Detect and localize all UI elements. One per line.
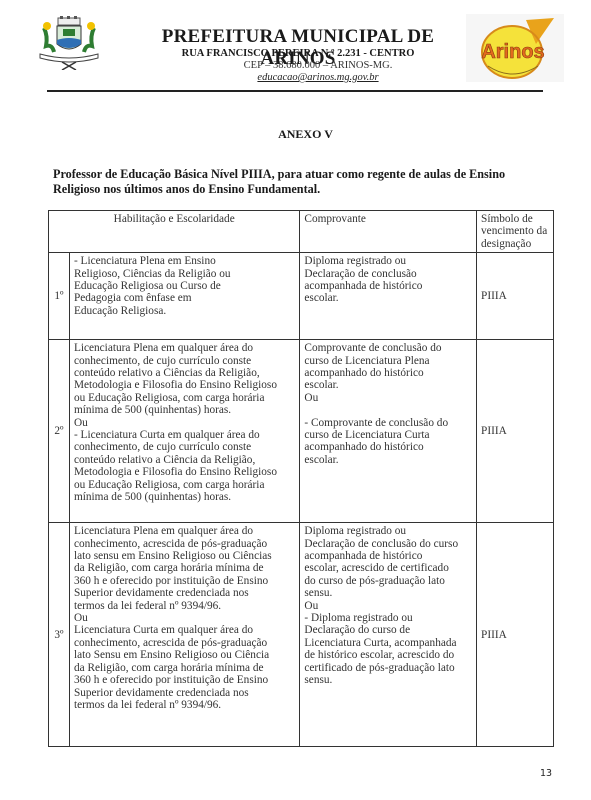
cell-line: Superior devidamente credenciada nos: [74, 587, 295, 599]
cell-line: Licenciatura Plena em qualquer área do: [74, 342, 295, 354]
municipality-email-link[interactable]: educacao@arinos.mg.gov.br: [148, 72, 488, 83]
coat-of-arms-icon: [38, 16, 100, 70]
table-row: 1º- Licenciatura Plena em EnsinoReligios…: [49, 253, 554, 340]
cell-line: lato Sensu em Ensino Religioso ou Ciênci…: [74, 649, 295, 661]
row-number: 3º: [49, 523, 70, 747]
cell-line: - Diploma registrado ou: [304, 612, 472, 624]
cell-line: Licenciatura Curta em qualquer área do: [74, 624, 295, 636]
cell-comprovante: Diploma registrado ouDeclaração de concl…: [300, 253, 477, 340]
cell-simbolo: PIIIA: [477, 523, 554, 747]
cell-habilitacao: Licenciatura Plena em qualquer área doco…: [69, 340, 299, 523]
cell-line: do curso de pós-graduação lato: [304, 575, 472, 587]
cell-line: termos da lei federal nº 9394/96.: [74, 600, 295, 612]
cell-line: ou Educação Religiosa, com carga horária: [74, 392, 295, 404]
cell-habilitacao: - Licenciatura Plena em EnsinoReligioso,…: [69, 253, 299, 340]
table-row: 3ºLicenciatura Plena em qualquer área do…: [49, 523, 554, 747]
cell-line: Declaração de conclusão: [304, 268, 472, 280]
qualifications-table: Habilitação e Escolaridade Comprovante S…: [48, 210, 554, 747]
cell-line: Declaração do curso de: [304, 624, 472, 636]
cell-line: escolar.: [304, 454, 472, 466]
cell-line: Educação Religiosa.: [74, 305, 295, 317]
svg-text:Arinos: Arinos: [481, 41, 544, 63]
cell-line: sensu.: [304, 674, 472, 686]
cell-line: acompanhado do histórico: [304, 441, 472, 453]
cell-line: termos da lei federal nº 9394/96.: [74, 699, 295, 711]
cell-line: Ou: [74, 417, 295, 429]
cell-line: Ou: [304, 392, 472, 404]
cell-line: Comprovante de conclusão do: [304, 342, 472, 354]
cell-line: 360 h e oferecido por instituição de Ens…: [74, 575, 295, 587]
header-divider: [47, 90, 543, 92]
cell-line: - Licenciatura Curta em qualquer área do: [74, 429, 295, 441]
cell-line: Pedagogia com ênfase em: [74, 292, 295, 304]
cell-line: 360 h e oferecido por instituição de Ens…: [74, 674, 295, 686]
cell-line: curso de Licenciatura Curta: [304, 429, 472, 441]
cell-line: lato sensu em Ensino Religioso ou Ciênci…: [74, 550, 295, 562]
cell-simbolo: PIIIA: [477, 253, 554, 340]
cell-line: conhecimento, acrescida de pós-graduação: [74, 538, 295, 550]
cell-line: Diploma registrado ou: [304, 525, 472, 537]
cell-line: Ou: [304, 600, 472, 612]
cell-line: de histórico escolar, acrescido do: [304, 649, 472, 661]
row-number: 2º: [49, 340, 70, 523]
cell-line: Metodologia e Filosofia do Ensino Religi…: [74, 466, 295, 478]
cell-line: Licenciatura Plena em qualquer área do: [74, 525, 295, 537]
cell-line: acompanhada de histórico: [304, 550, 472, 562]
annex-title: ANEXO V: [0, 127, 591, 142]
cell-comprovante: Diploma registrado ouDeclaração de concl…: [300, 523, 477, 747]
cell-line: Ou: [74, 612, 295, 624]
cell-line: - Licenciatura Plena em Ensino: [74, 255, 295, 267]
municipality-address: RUA FRANCISCO PEREIRA N.º 2.231 - CENTRO: [128, 48, 468, 59]
cell-line: acompanhado do histórico: [304, 367, 472, 379]
cell-comprovante: Comprovante de conclusão docurso de Lice…: [300, 340, 477, 523]
table-header-row: Habilitação e Escolaridade Comprovante S…: [49, 211, 554, 253]
cell-line: Licenciatura Curta, acompanhada: [304, 637, 472, 649]
row-number: 1º: [49, 253, 70, 340]
cell-line: Declaração de conclusão do curso: [304, 538, 472, 550]
cell-line: Superior devidamente credenciada nos: [74, 687, 295, 699]
cell-line: escolar.: [304, 292, 472, 304]
cell-line: Educação Religiosa ou Curso de: [74, 280, 295, 292]
cell-simbolo: PIIIA: [477, 340, 554, 523]
cell-line: escolar, acrescido de certificado: [304, 562, 472, 574]
cell-line: - Comprovante de conclusão do: [304, 417, 472, 429]
cell-line: conteúdo relativo a Ciências da Religião…: [74, 367, 295, 379]
cell-line: Religioso, Ciências da Religião ou: [74, 268, 295, 280]
cell-line: certificado de pós-graduação lato: [304, 662, 472, 674]
cell-line: mínima de 500 (quinhentas) horas.: [74, 404, 295, 416]
header-comprovante: Comprovante: [300, 211, 477, 253]
cell-line: [304, 404, 472, 416]
cell-habilitacao: Licenciatura Plena em qualquer área doco…: [69, 523, 299, 747]
municipality-cep: CEP – 38.680.000 – ARINOS-MG.: [148, 60, 488, 71]
header-simbolo: Símbolo de vencimento da designação: [477, 211, 554, 253]
cell-line: conhecimento, acrescida de pós-graduação: [74, 637, 295, 649]
cell-line: conhecimento, de cujo currículo conste: [74, 355, 295, 367]
header-habilitacao: Habilitação e Escolaridade: [49, 211, 300, 253]
cell-line: sensu.: [304, 587, 472, 599]
cell-line: curso de Licenciatura Plena: [304, 355, 472, 367]
cell-line: da Religião, com carga horária mínima de: [74, 562, 295, 574]
cell-line: acompanhada de histórico: [304, 280, 472, 292]
cell-line: Metodologia e Filosofia do Ensino Religi…: [74, 379, 295, 391]
cell-line: da Religião, com carga horária mínima de: [74, 662, 295, 674]
annex-intro: Professor de Educação Básica Nível PIIIA…: [53, 167, 533, 197]
cell-line: conteúdo relativo a Ciência da Religião,: [74, 454, 295, 466]
cell-line: Diploma registrado ou: [304, 255, 472, 267]
cell-line: conhecimento, de cujo currículo conste: [74, 441, 295, 453]
page-number: 13: [540, 768, 552, 779]
cell-line: ou Educação Religiosa, com carga horária: [74, 479, 295, 491]
table-row: 2ºLicenciatura Plena em qualquer área do…: [49, 340, 554, 523]
cell-line: escolar.: [304, 379, 472, 391]
cell-line: mínima de 500 (quinhentas) horas.: [74, 491, 295, 503]
city-logo-icon: Arinos: [466, 14, 564, 82]
